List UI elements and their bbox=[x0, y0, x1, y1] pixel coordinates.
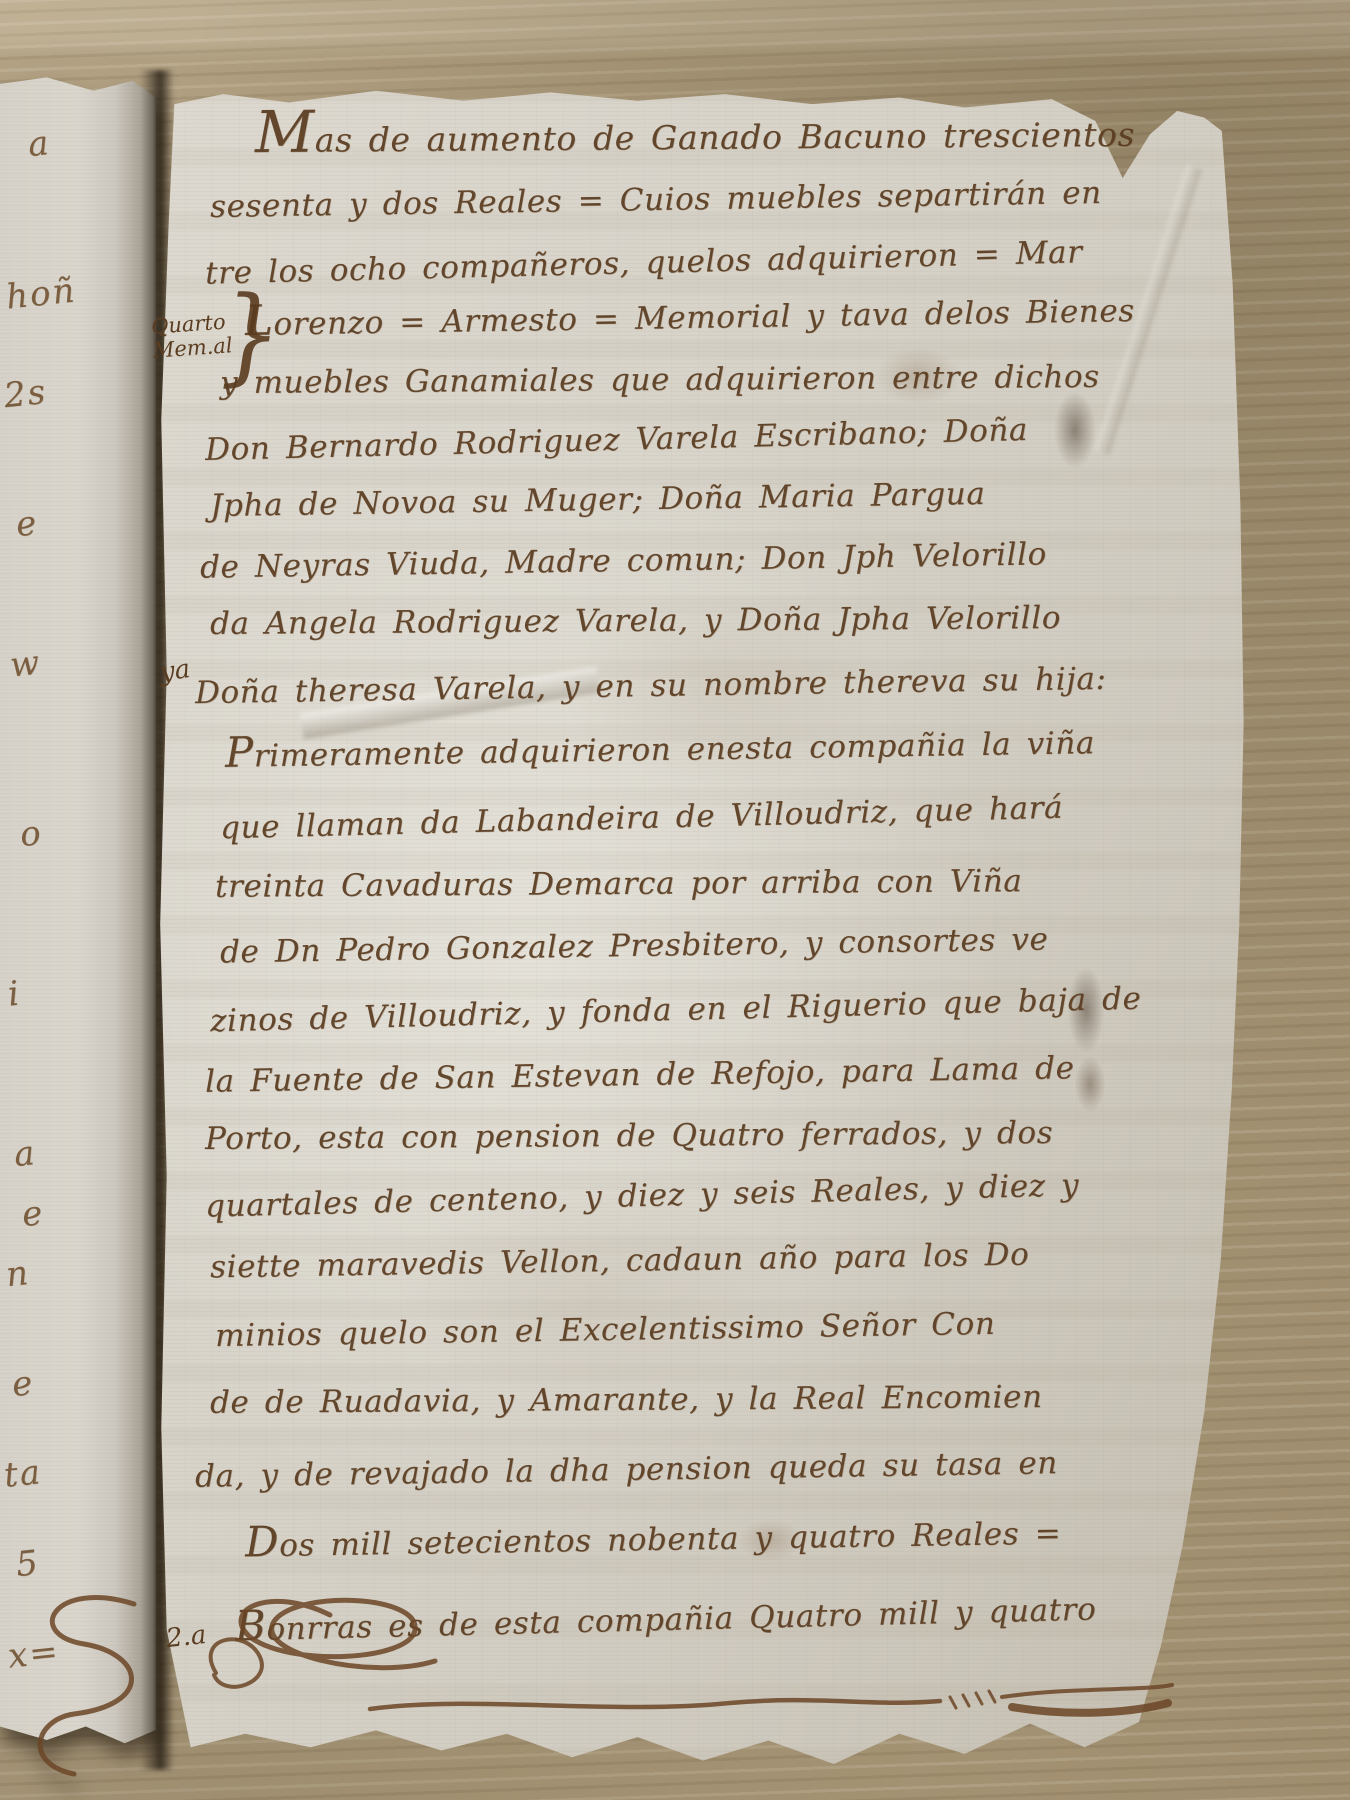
ink-fragment: ta bbox=[2, 1452, 44, 1496]
flourish-left-strip bbox=[14, 1574, 154, 1800]
ink-fragment: w bbox=[8, 642, 43, 685]
manuscript-line: Porto, esta con pension de Quatro ferrad… bbox=[205, 1115, 1053, 1157]
ink-fragment: e bbox=[20, 1193, 46, 1235]
previous-page-edge: a hoñ 2s e w o i a n e ta 5 x= e bbox=[0, 74, 156, 1750]
margin-note-ya: ya bbox=[158, 654, 192, 688]
manuscript-line: y muebles Ganamiales que adquirieron ent… bbox=[220, 359, 1100, 401]
manuscript-line: Mas de aumento de Ganado Bacuno trescien… bbox=[255, 115, 1135, 160]
manuscript-page: Quarto Mem.al } ya 2.a Mas de aumento de… bbox=[150, 0, 1350, 1800]
manuscript-line: treinta Cavaduras Demarca por arriba con… bbox=[215, 863, 1023, 905]
ink-fragment: a bbox=[12, 1133, 38, 1175]
closing-rule-flourish bbox=[350, 1655, 1190, 1735]
ink-fragment: 2s bbox=[2, 372, 49, 416]
ink-fragment: e bbox=[10, 1363, 36, 1405]
ink-fragment: e bbox=[14, 503, 40, 545]
ink-fragment: hoñ bbox=[4, 270, 78, 317]
previous-page-paper bbox=[0, 74, 156, 1750]
ink-fragment: n bbox=[4, 1253, 32, 1295]
manuscript-line: de de Ruadavia, y Amarante, y la Real En… bbox=[210, 1379, 1043, 1421]
ink-fragment: o bbox=[18, 813, 45, 855]
ink-fragment: a bbox=[26, 123, 52, 165]
manuscript-line: da Angela Rodriguez Varela, y Doña Jpha … bbox=[210, 600, 1061, 642]
photo-of-manuscript: { "colors": { "ink": "#5a3c20", "paper":… bbox=[0, 0, 1350, 1800]
